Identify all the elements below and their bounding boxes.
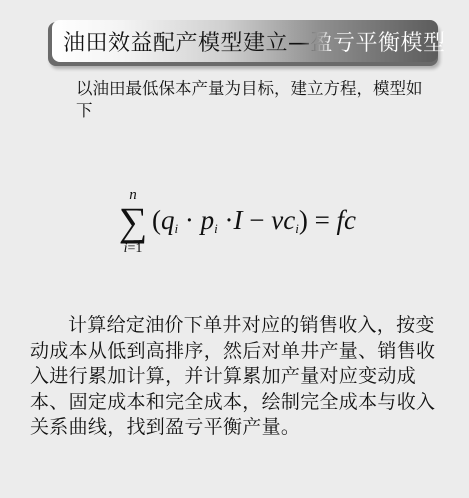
var-vc: vc — [271, 205, 295, 235]
title-banner: 油田效益配产模型建立—盈亏平衡模型 — [52, 20, 438, 62]
page-title: 油田效益配产模型建立—盈亏平衡模型 — [63, 26, 446, 57]
open-paren: ( — [152, 205, 161, 235]
var-I: I — [234, 205, 243, 235]
method-paragraph: 计算给定油价下单井对应的销售收入，按变动成本从低到高排序，然后对单井产量、销售收… — [30, 313, 450, 441]
var-fc: fc — [337, 205, 357, 235]
sum-lower-limit: i=1 — [124, 241, 143, 257]
minus-op: − — [243, 205, 272, 235]
sum-start: =1 — [127, 241, 142, 256]
sigma-symbol: ∑ — [119, 203, 148, 241]
breakeven-formula: n ∑ i=1 (qi · pi ·I − vci) = fc — [116, 188, 356, 257]
var-p: p — [201, 205, 215, 235]
intro-paragraph: 以油田最低保本产量为目标，建立方程，模型如下 — [76, 78, 436, 122]
summation: n ∑ i=1 — [116, 188, 150, 257]
equals-op: ) = — [299, 205, 337, 235]
dot-op: · — [218, 205, 234, 235]
formula-expression: (qi · pi ·I − vci) = fc — [152, 205, 356, 237]
var-q: q — [161, 205, 175, 235]
dot-op: · — [178, 205, 201, 235]
